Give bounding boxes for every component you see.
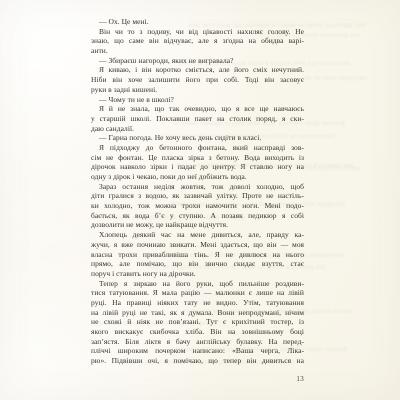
text-block: — Ох. Це мені.Він чи то з подиву, чи від… (91, 17, 304, 366)
text-line: Він чи то з подиву, чи від цікавості нах… (91, 27, 304, 37)
text-line: Я й не знала, що так очевидно, що я все … (91, 104, 304, 114)
text-line: прямо, але помічаю, що він звично скидає… (91, 259, 304, 269)
text-line: якого вискакує скибочка хліба. Він на зо… (91, 327, 304, 337)
text-line: сім не фонтан. Це пласка зірка з бетону.… (91, 153, 304, 163)
text-line: діти гралися з водою, як зазвичай улітку… (91, 191, 304, 201)
text-line: анти. (91, 46, 304, 56)
text-line: Я киваю, і він коротко сміється, але йог… (91, 65, 304, 75)
text-line: бається, як вода б’є у ступню. А позаяк … (91, 211, 304, 221)
text-line: руки в задні кишені. (91, 85, 304, 95)
text-line: поруч і ставить ногу на дірочки. (91, 269, 304, 279)
book-page: він дивиться тепер на мене і я помічаю щ… (0, 0, 400, 400)
text-line: — Ох. Це мені. (91, 17, 304, 27)
text-line: — Гарна погода. Не хочу весь день сидіти… (91, 133, 304, 143)
text-line: Ніби він хоче залишити його при собі. То… (91, 75, 304, 85)
text-line: рю». Підвівши очі, я помічаю, що тепер в… (91, 356, 304, 366)
text-line: Тепер я зиркаю на його руки, щоб пильніш… (91, 279, 304, 289)
page-number: 13 (91, 375, 304, 383)
text-line: пліччі широким почерком написано: «Ваша … (91, 346, 304, 356)
text-line: — Збираєш нагороди, яких не вигравала? (91, 56, 304, 66)
text-line: дозволити не можу, це найкраще відчуття. (91, 220, 304, 230)
text-line: даю сандалії. (91, 124, 304, 134)
text-line: руці. На правиці ніяких тату не видно. У… (91, 298, 304, 308)
text-line: власна трохи привабливіша тінь. Я не див… (91, 250, 304, 260)
text-line: зап’ястя. Біля ліктя я бачу англійську б… (91, 337, 304, 347)
text-line: одну з дірок і чекаю, поки до неї добіжи… (91, 172, 304, 182)
text-line: у старшій школі. Поклавши пакет на столи… (91, 114, 304, 124)
text-line: Зараз остання неділя жовтня, тож доволі … (91, 182, 304, 192)
text-line: ки холодно, тож можна трохи намочити ног… (91, 201, 304, 211)
text-line: знаю, що саме він відчуває, але я згодна… (91, 36, 304, 46)
bleedthrough-text: школа погода день сидіти в класі вода хо… (305, 163, 360, 172)
text-line: дірочок навколо зірки і падає до центру.… (91, 162, 304, 172)
text-line: — Чому ти не в школі? (91, 95, 304, 105)
text-line: тися татуювання. Я мала рацію — малюнки … (91, 288, 304, 298)
text-line: не схожі й ніяк не пов’язані. Тут є крих… (91, 317, 304, 327)
text-line: жучи, я вже починаю звикати. Мені здаєть… (91, 240, 304, 250)
bleedthrough-text: нагороди яких не вигравала сміх нечутний… (305, 73, 367, 82)
text-line: Хлопець деякий час на мене дивиться, але… (91, 230, 304, 240)
text-line: на лівій руці не такі, як я думала. Вони… (91, 308, 304, 318)
text-line: Я підходжу до бетонного фонтана, який на… (91, 143, 304, 153)
